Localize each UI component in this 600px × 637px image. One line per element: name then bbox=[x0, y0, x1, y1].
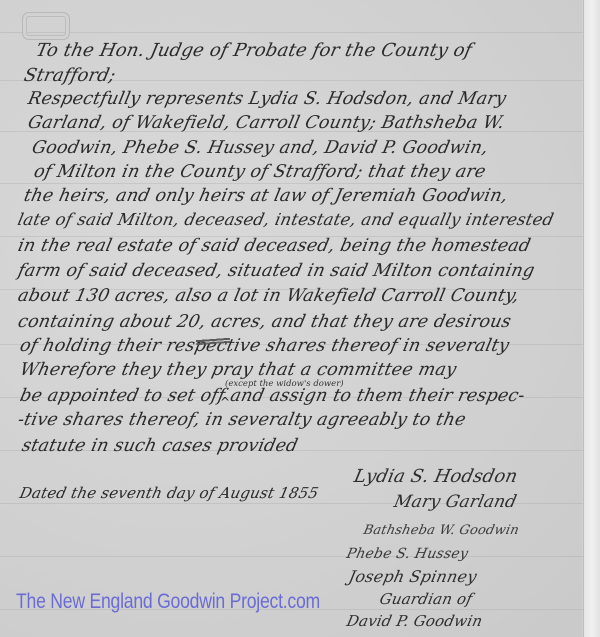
signature-david: David P. Goodwin bbox=[345, 612, 484, 630]
ruled-line bbox=[0, 556, 583, 557]
body-line: be appointed to set off and assign to th… bbox=[18, 386, 527, 406]
dated-line: Dated the seventh day of August 1855 bbox=[18, 484, 320, 502]
paper-edge bbox=[583, 0, 584, 637]
body-line: Strafford; bbox=[22, 65, 118, 86]
ruled-line bbox=[0, 32, 583, 33]
body-line: containing about 20, acres, and that the… bbox=[16, 312, 513, 332]
watermark: The New England Goodwin Project.com bbox=[16, 590, 320, 614]
signature-phebe: Phebe S. Hussey bbox=[345, 546, 470, 562]
body-line: the heirs, and only heirs at law of Jere… bbox=[22, 186, 510, 206]
interlineation-note: (except the widow's dower) bbox=[225, 379, 344, 389]
signature-mary: Mary Garland bbox=[392, 492, 519, 512]
body-line: about 130 acres, also a lot in Wakefield… bbox=[16, 286, 521, 306]
body-line: Goodwin, Phebe S. Hussey and, David P. G… bbox=[30, 138, 490, 158]
embossed-stamp bbox=[22, 12, 70, 40]
body-line: in the real estate of said deceased, bei… bbox=[16, 236, 533, 256]
ruled-line bbox=[0, 183, 583, 184]
salutation-line: To the Hon. Judge of Probate for the Cou… bbox=[34, 40, 474, 61]
body-line: farm of said deceased, situated in said … bbox=[16, 261, 536, 281]
body-line: statute in such cases provided bbox=[20, 436, 300, 456]
guardian-label: Guardian of bbox=[378, 590, 474, 608]
document-page: To the Hon. Judge of Probate for the Cou… bbox=[0, 0, 600, 637]
body-line: of Milton in the County of Strafford; th… bbox=[32, 162, 488, 182]
body-line: Wherefore they they pray that a committe… bbox=[18, 360, 458, 380]
body-line: Garland, of Wakefield, Carroll County; B… bbox=[26, 113, 506, 133]
body-line: late of said Milton, deceased, intestate… bbox=[16, 210, 556, 229]
signature-bathsheba: Bathsheba W. Goodwin bbox=[362, 523, 520, 538]
body-line: -tive shares thereof, in severalty agree… bbox=[16, 410, 468, 430]
insertion-caret: ^ bbox=[220, 395, 230, 409]
body-line: Respectfully represents Lydia S. Hodsdon… bbox=[26, 89, 508, 109]
signature-lydia: Lydia S. Hodsdon bbox=[352, 466, 520, 487]
signature-joseph: Joseph Spinney bbox=[347, 567, 479, 586]
body-line: of holding their respective shares there… bbox=[18, 336, 511, 356]
